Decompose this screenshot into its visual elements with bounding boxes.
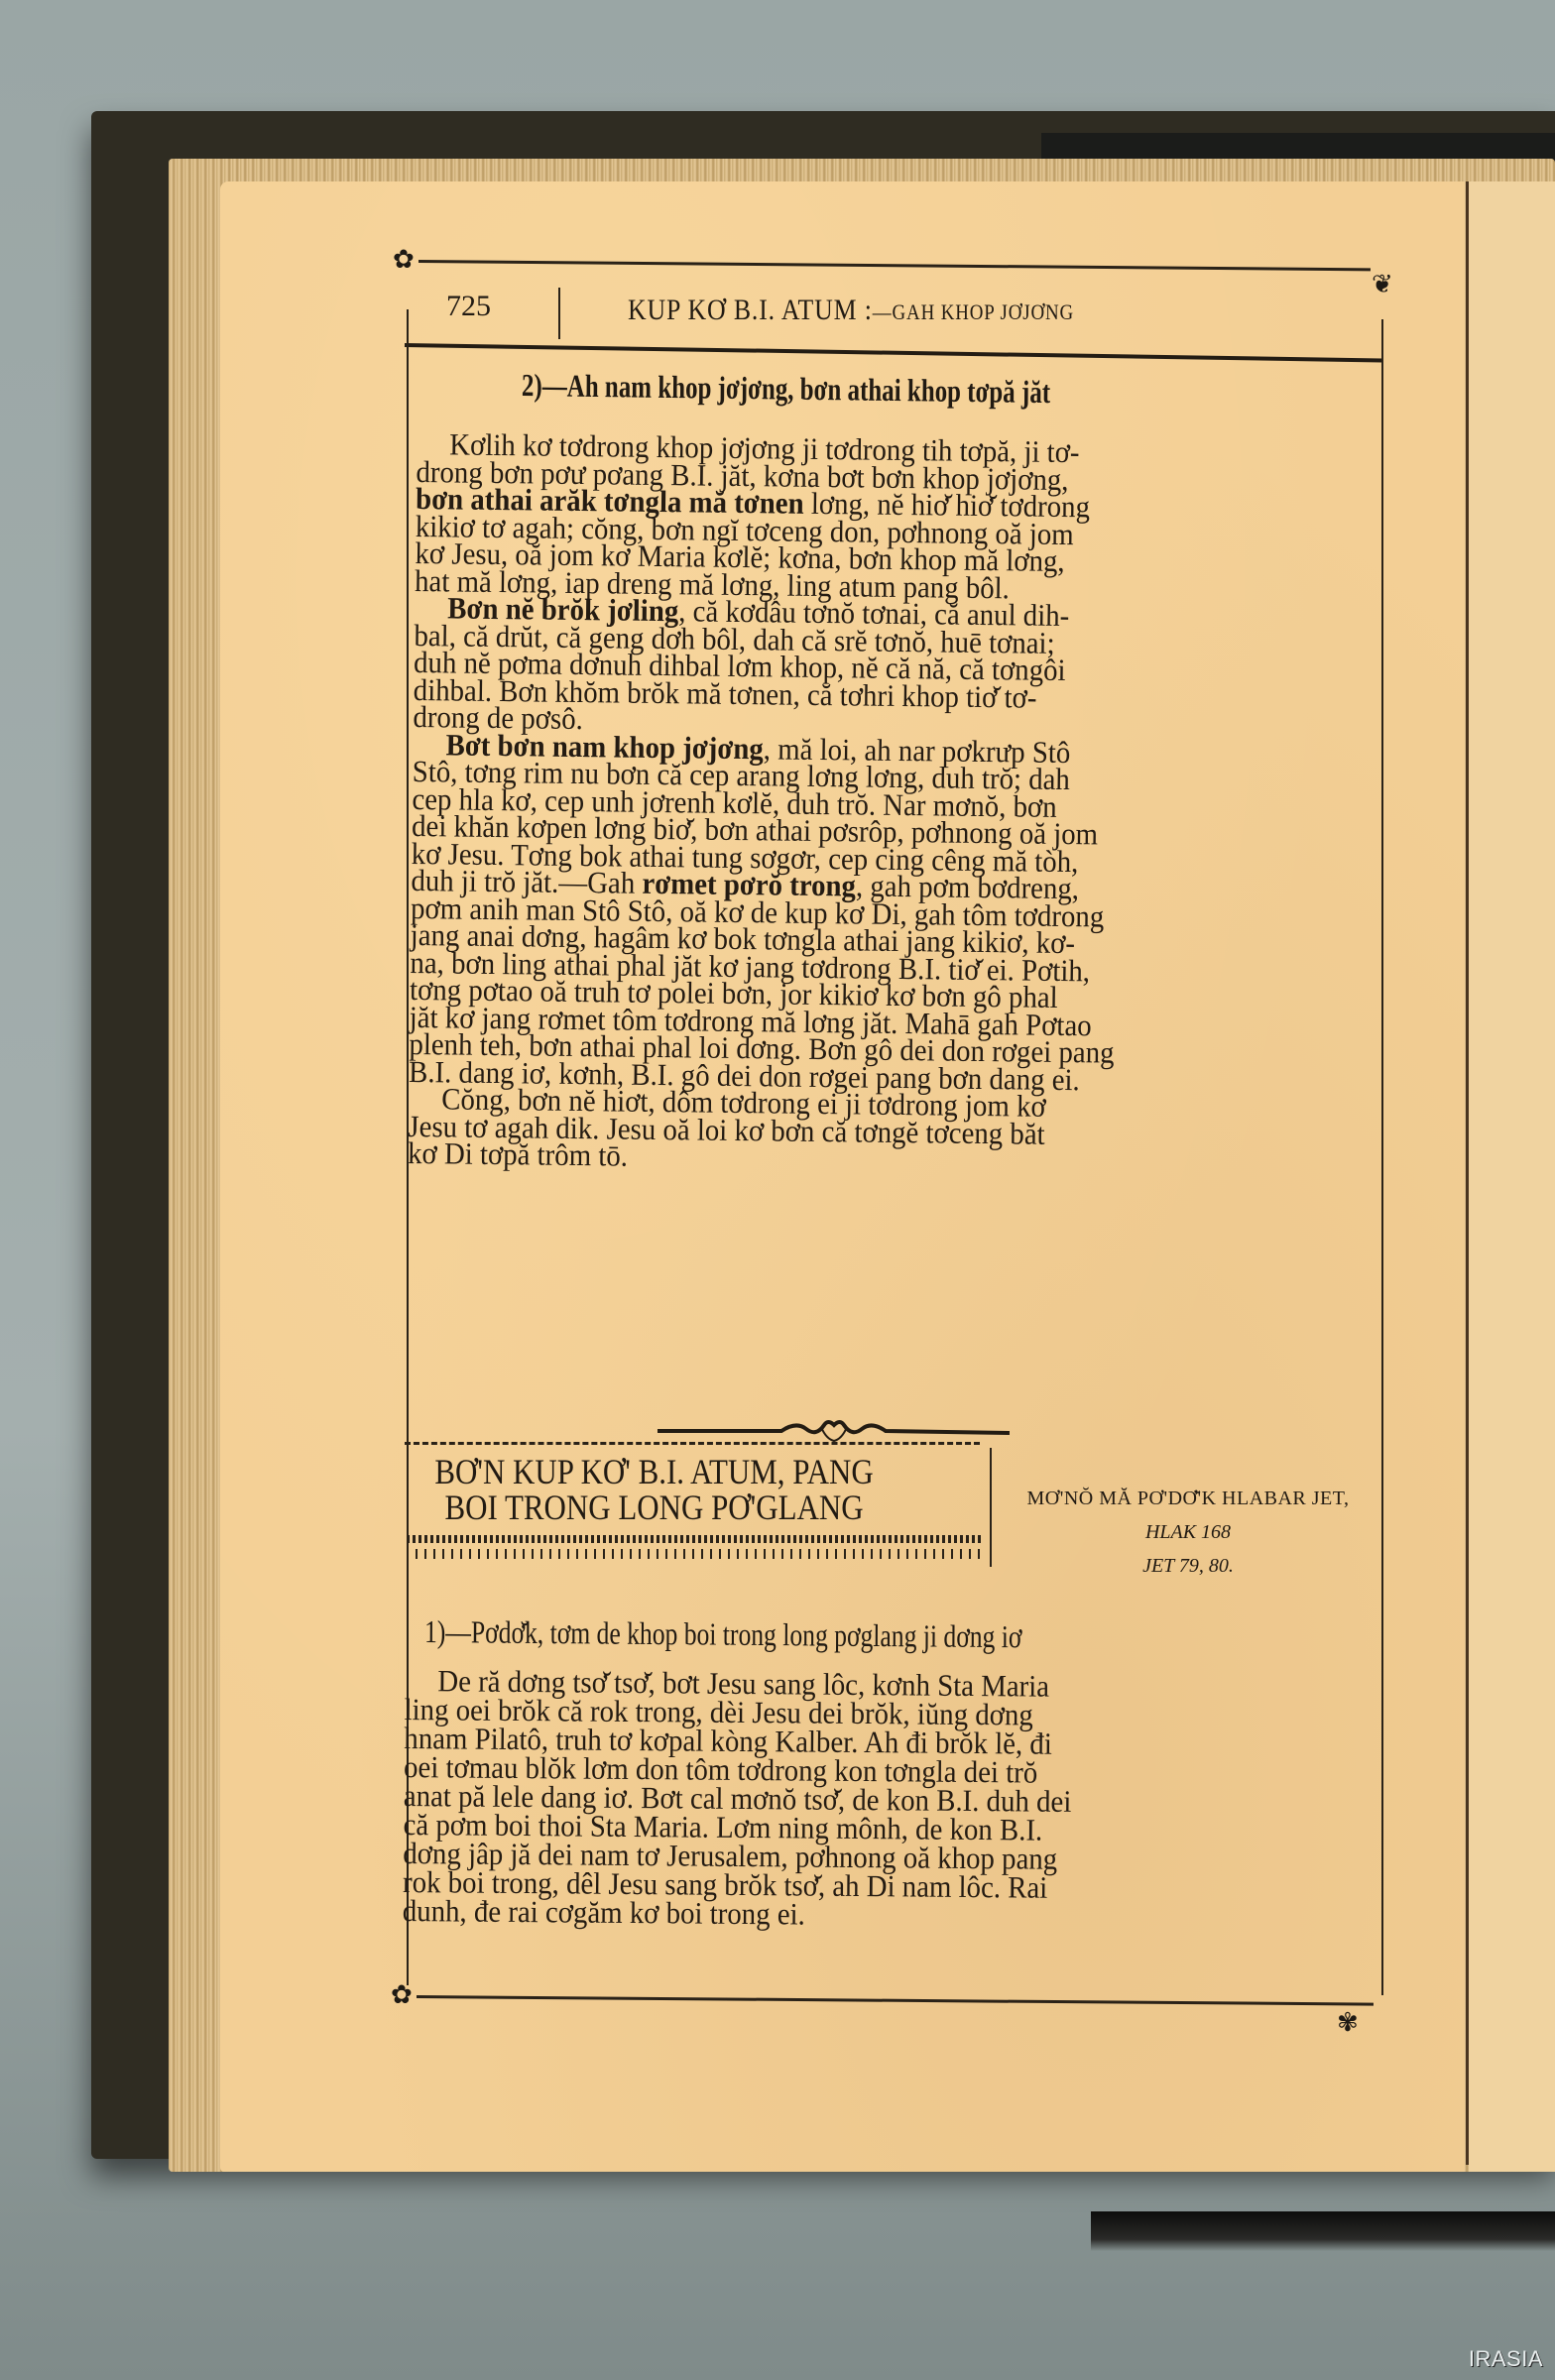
facing-page-edge <box>1469 181 1555 2172</box>
title-ornamental-border <box>407 1535 982 1561</box>
chapter-title: BƠ'N KUP KƠ' B.I. ATUM, PANG BOI TRONG L… <box>405 1454 903 1525</box>
chapter-title-line2: BOI TRONG LONG PƠ'GLANG <box>405 1489 903 1525</box>
reference-line2: HLAK 168 <box>1010 1515 1367 1549</box>
scripture-reference: MƠ'NŎ MĂ PƠ'DƠ̆'K HLABAR JET, HLAK 168 J… <box>1010 1482 1367 1583</box>
running-title-main: KUP KƠ B.I. ATUM : <box>628 294 873 326</box>
paragraph: Cŏng, bơn nĕ hiơt, dôm tơdrong ei ji tơd… <box>408 1085 1366 1178</box>
flower-ornament-icon: ✿ <box>391 1982 413 2008</box>
page-gutter <box>1466 181 1469 2165</box>
title-dashed-rule <box>405 1442 980 1445</box>
running-title: KUP KƠ B.I. ATUM :—GAH KHOP JƠJƠNG <box>628 294 1074 327</box>
title-divider <box>990 1448 992 1567</box>
book-binding-bottom <box>1091 2211 1555 2251</box>
chapter-title-block: BƠ'N KUP KƠ' B.I. ATUM, PANG BOI TRONG L… <box>405 1442 1386 1591</box>
bottom-rule <box>417 1995 1374 2006</box>
paragraph: Bơn nĕ brŏk jơling, că kơdâu tơnŏ tơnai,… <box>413 594 1372 742</box>
section-2-body: Kơlih kơ tơdrong khop jơjơng ji tơdrong … <box>408 430 1374 1178</box>
reference-line1: MƠ'NŎ MĂ PƠ'DƠ̆'K HLABAR JET, <box>1026 1487 1349 1509</box>
chapter-title-line1: BƠ'N KUP KƠ' B.I. ATUM, PANG <box>405 1454 903 1489</box>
running-title-sub: —GAH KHOP JƠJƠNG <box>873 299 1074 324</box>
print-frame: ✿ ❦ ✿ ✾ 725 KUP KƠ B.I. ATUM :—GAH KHOP … <box>405 260 1386 2030</box>
section-heading-1: 1)—Pơdơ̆k, tơm de khop boi trong long pơ… <box>424 1613 1022 1655</box>
decorative-swash-icon <box>658 1415 1010 1445</box>
paragraph: Bơt bơn nam khop jơjơng, mă loi, ah nar … <box>409 730 1370 1096</box>
section-heading-2: 2)—Ah nam khop jơjơng, bơn athai khop tơ… <box>522 367 1050 411</box>
page-number: 725 <box>446 290 491 323</box>
section-1-body: De ră dơng tsơ̆ tsơ̆, bơt Jesu sang lôc,… <box>403 1666 1357 1933</box>
flower-ornament-icon: ✿ <box>393 247 415 273</box>
paragraph: Kơlih kơ tơdrong khop jơjơng ji tơdrong … <box>415 430 1374 606</box>
header-divider <box>558 288 560 339</box>
paragraph: De ră dơng tsơ̆ tsơ̆, bơt Jesu sang lôc,… <box>403 1666 1357 1933</box>
top-rule <box>419 260 1371 271</box>
running-header: 725 KUP KƠ B.I. ATUM :—GAH KHOP JƠJƠNG <box>405 280 1386 339</box>
watermark: IRASIA <box>1469 2346 1543 2372</box>
frame-right-rule <box>1381 319 1383 1995</box>
flower-ornament-icon: ✾ <box>1337 2010 1359 2036</box>
reference-line3: JET 79, 80. <box>1010 1549 1367 1583</box>
header-rule <box>405 343 1382 362</box>
